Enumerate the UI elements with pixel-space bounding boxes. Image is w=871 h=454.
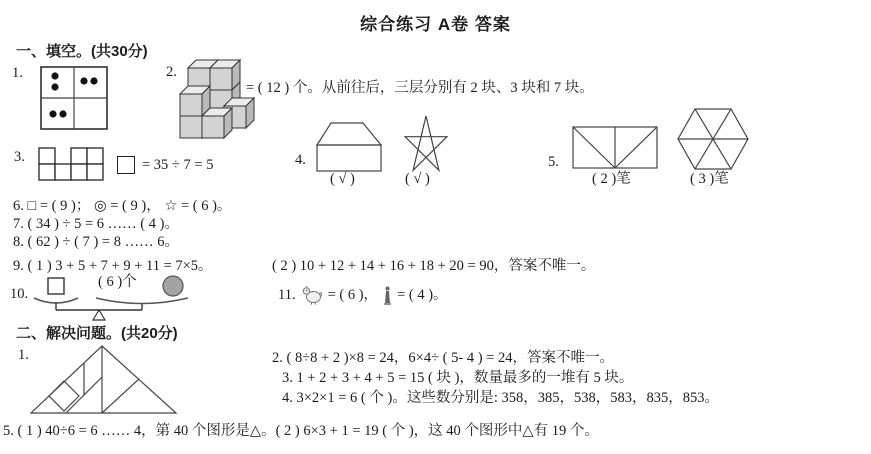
q8-text: 8. ( 62 ) ÷ ( 7 ) = 8 …… 6。 — [13, 233, 179, 251]
section1-heading: 一、填空。(共30分) — [16, 40, 148, 61]
q11-part2: = ( 4 )。 — [397, 286, 447, 304]
q5-answer1: ( 2 )笔 — [592, 170, 631, 188]
q3-label: 3. — [14, 148, 25, 166]
q6-text: 6. □ = ( 9 )； ◎ = ( 9 )， ☆ = ( 6 )。 — [13, 197, 231, 215]
trapezoid-shape — [316, 120, 382, 173]
q5-answer2: ( 3 )笔 — [690, 170, 729, 188]
worksheet-page: 综合练习 A卷 答案 一、填空。(共30分) 1. 2. — [0, 0, 871, 454]
q10-label: 10. — [10, 285, 28, 303]
divided-hexagon-shape — [677, 108, 749, 170]
q11-label: 11. — [278, 286, 296, 304]
cube-stack-figure — [176, 58, 260, 140]
q4-check1: ( √ ) — [330, 170, 355, 188]
q5-label: 5. — [548, 153, 559, 171]
q10-pan-label: ( 6 )个 — [98, 273, 137, 291]
star-shape — [403, 114, 451, 172]
standing-figure-icon — [383, 286, 392, 305]
q4-label: 4. — [295, 151, 306, 169]
q11-part1: = ( 6 )， — [328, 286, 378, 304]
divided-rectangle-shape — [572, 126, 658, 169]
balance-scale-figure: ( 6 )个 — [30, 272, 216, 322]
q11-row: 11. = ( 6 )， = ( 4 )。 — [278, 285, 448, 305]
section2-heading: 二、解决问题。(共20分) — [16, 322, 178, 343]
s2-q2-text: 2. ( 8÷8 + 2 )×8 = 24，6×4÷ ( 5- 4 ) = 24… — [272, 349, 614, 367]
q1-label: 1. — [12, 64, 23, 82]
s2-q4-text: 4. 3×2×1 = 6 ( 个 )。这些数分别是: 358，385，538，5… — [282, 389, 719, 407]
square-grid-figure — [38, 147, 104, 181]
tangram-triangle-figure — [28, 344, 180, 416]
q9-part2: ( 2 ) 10 + 12 + 14 + 16 + 18 + 20 = 90，答… — [272, 257, 595, 275]
q3-equation: = 35 ÷ 7 = 5 — [142, 156, 213, 174]
dot-grid-figure — [40, 66, 108, 130]
q2-answer-text: = ( 12 ) 个。从前往后，三层分别有 2 块、3 块和 7 块。 — [246, 79, 594, 97]
page-title: 综合练习 A卷 答案 — [0, 10, 871, 35]
q4-check2: ( √ ) — [405, 170, 430, 188]
q7-text: 7. ( 34 ) ÷ 5 = 6 …… ( 4 )。 — [13, 215, 179, 233]
square-symbol — [117, 156, 135, 174]
s2-q5-text: 5. ( 1 ) 40÷6 = 6 …… 4，第 40 个图形是△。( 2 ) … — [3, 422, 599, 440]
chicken-icon — [301, 285, 323, 305]
s2-q3-text: 3. 1 + 2 + 3 + 4 + 5 = 15 ( 块 )，数量最多的一堆有… — [282, 369, 633, 387]
